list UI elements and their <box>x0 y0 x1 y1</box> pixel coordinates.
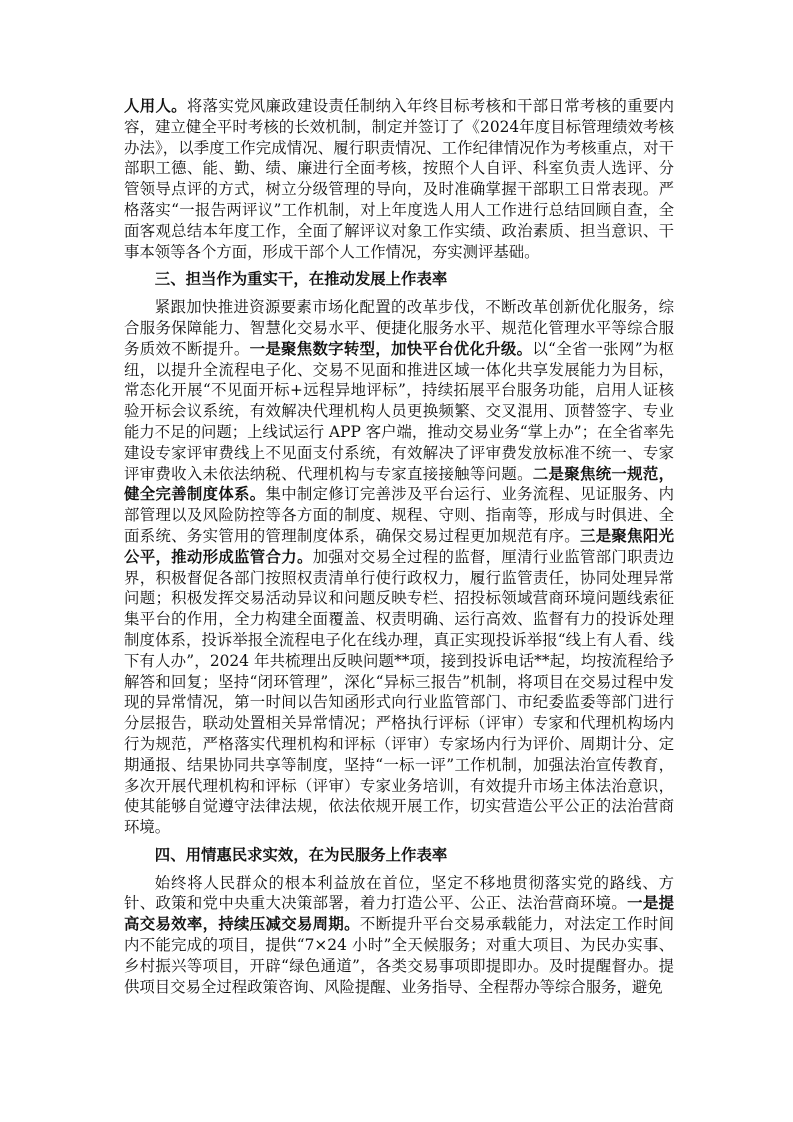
section-3-paragraph: 紧跟加快推进资源要素市场化配置的改革步伐，不断改革创新优化服务，综合服务保障能力… <box>124 297 674 838</box>
document-page: 人用人。将落实党风廉政建设责任制纳入年终目标考核和干部日常考核的重要内容，建立健… <box>124 96 674 997</box>
bold-lead: 人用人。 <box>124 97 187 115</box>
paragraph-text: 以“全省一张网”为枢纽，以提升全流程电子化、交易不见面和推进区域一体化共享发展能… <box>124 340 674 483</box>
continued-paragraph: 人用人。将落实党风廉政建设责任制纳入年终目标考核和干部日常考核的重要内容，建立健… <box>124 96 674 262</box>
bold-point-1: 一是聚焦数字转型，加快平台优化升级。 <box>250 340 533 358</box>
section-4-paragraph: 始终将人民群众的根本利益放在首位，坚定不移地贯彻落实党的路线、方针、政策和党中央… <box>124 873 674 998</box>
paragraph-text: 将落实党风廉政建设责任制纳入年终目标考核和干部日常考核的重要内容，建立健全平时考… <box>124 97 674 261</box>
paragraph-text: 加强对交易全过程的监督，厘清行业监管部门职责边界，积极督促各部门按照权责清单行使… <box>124 548 674 836</box>
paragraph-text: 始终将人民群众的根本利益放在首位，坚定不移地贯彻落实党的路线、方针、政策和党中央… <box>124 874 674 913</box>
section-heading-3: 三、担当作为重实干，在推动发展上作表率 <box>124 269 674 290</box>
section-heading-4: 四、用情惠民求实效，在为民服务上作表率 <box>124 845 674 866</box>
